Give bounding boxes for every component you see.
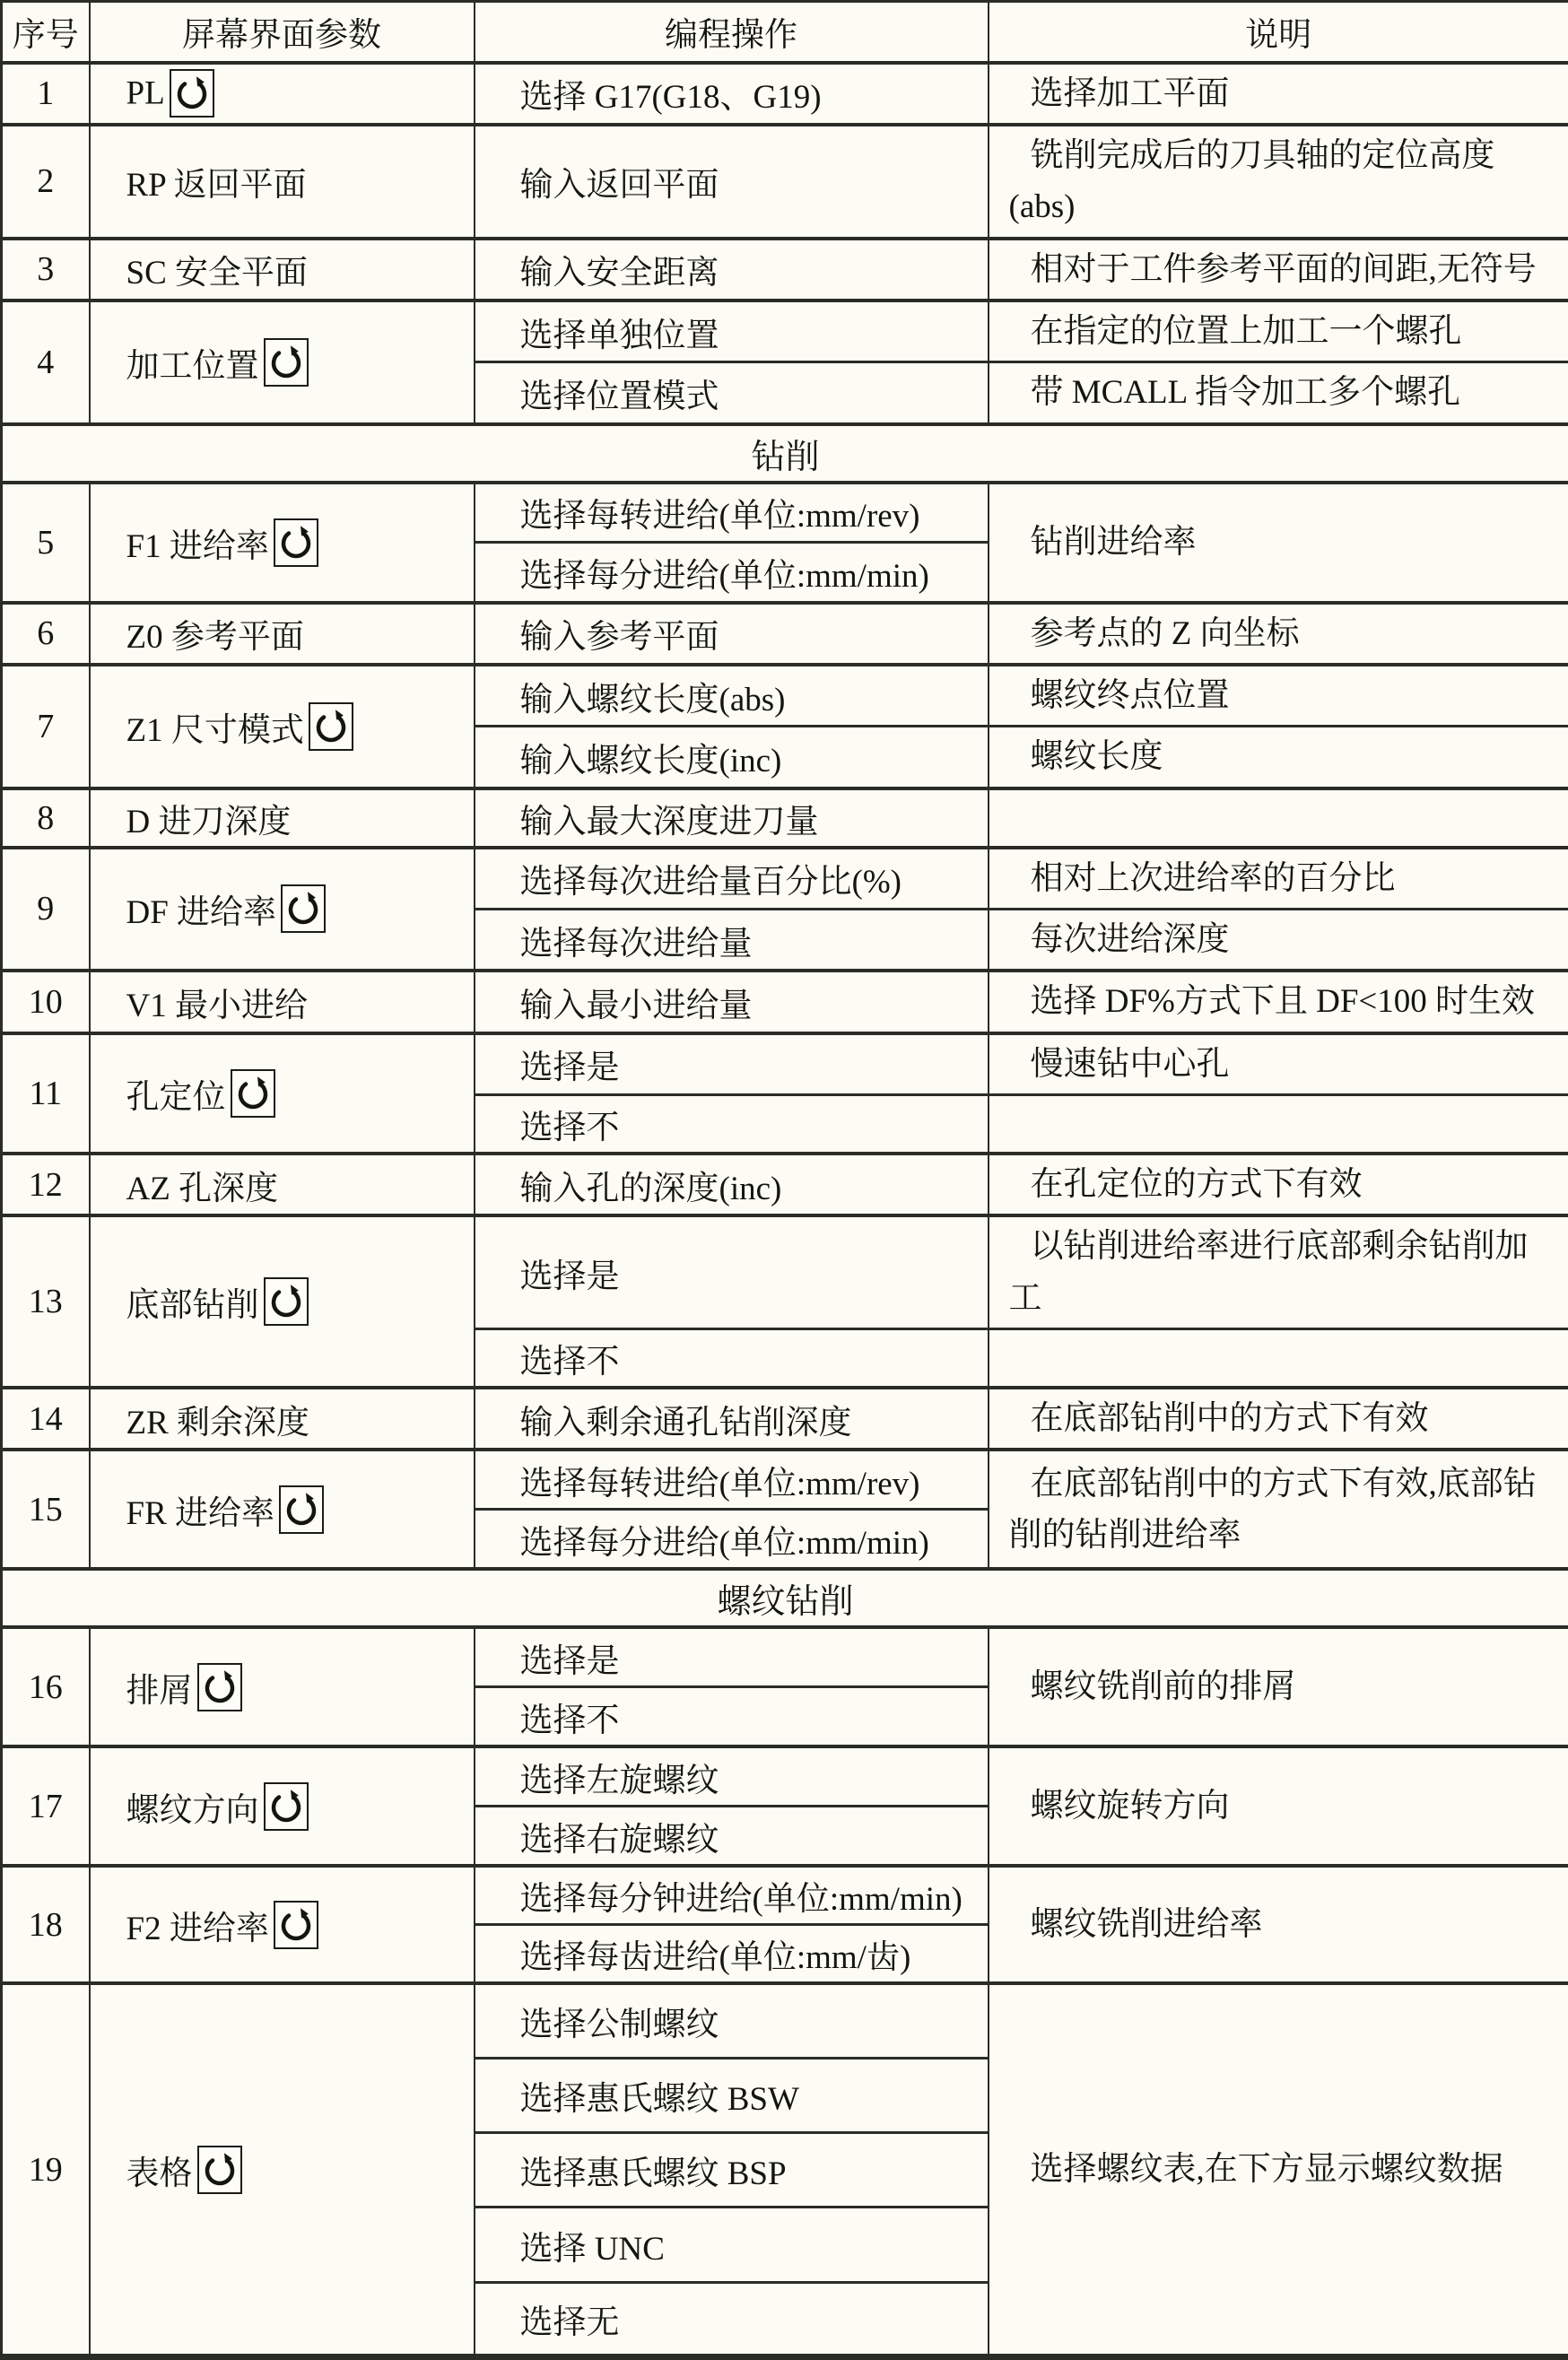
description-cell: [989, 788, 1568, 848]
description-cell: 带 MCALL 指令加工多个螺孔: [989, 362, 1568, 424]
operation-cell: 选择无: [475, 2282, 989, 2356]
param-cell: F1 进给率: [90, 483, 475, 603]
description-cell: 相对上次进给率的百分比: [989, 848, 1568, 910]
row-number: 13: [2, 1215, 90, 1388]
param-cell: F2 进给率: [90, 1866, 475, 1983]
param-label: D 进刀深度: [126, 804, 292, 840]
select-toggle-icon: [197, 1663, 242, 1711]
select-toggle-icon: [279, 1485, 324, 1534]
row-number: 7: [2, 665, 90, 788]
description-cell: 螺纹长度: [989, 727, 1568, 788]
param-cell: 加工位置: [90, 300, 475, 424]
param-label: F2 进给率: [126, 1911, 269, 1947]
section-header: 钻削: [2, 424, 1568, 483]
param-label: F1 进给率: [126, 528, 269, 565]
row-number: 2: [2, 125, 90, 239]
row-number: 19: [2, 1983, 90, 2356]
description-cell: 螺纹终点位置: [989, 665, 1568, 727]
description-cell: 慢速钻中心孔: [989, 1033, 1568, 1095]
operation-cell: 输入最小进给量: [475, 971, 989, 1032]
description-cell: 选择加工平面: [989, 63, 1568, 125]
param-label: V1 最小进给: [126, 988, 308, 1024]
operation-cell: 选择惠氏螺纹 BSP: [475, 2133, 989, 2208]
select-toggle-icon: [274, 1901, 318, 1949]
param-cell: Z1 尺寸模式: [90, 665, 475, 788]
row-number: 15: [2, 1450, 90, 1569]
description-cell: 参考点的 Z 向坐标: [989, 603, 1568, 665]
param-cell: RP 返回平面: [90, 125, 475, 239]
row-number: 14: [2, 1388, 90, 1450]
description-cell: 在孔定位的方式下有效: [989, 1154, 1568, 1215]
document-page: 序号屏幕界面参数编程操作说明1PL选择 G17(G18、G19)选择加工平面2R…: [0, 0, 1568, 2216]
param-label: ZR 剩余深度: [126, 1405, 310, 1441]
param-cell: PL: [90, 63, 475, 125]
operation-cell: 输入螺纹长度(inc): [475, 727, 989, 788]
row-number: 5: [2, 483, 90, 603]
param-cell: ZR 剩余深度: [90, 1388, 475, 1450]
row-number: 1: [2, 63, 90, 125]
select-toggle-icon: [264, 1277, 309, 1326]
operation-cell: 选择每齿进给(单位:mm/齿): [475, 1925, 989, 1984]
description-cell: 在底部钻削中的方式下有效: [989, 1388, 1568, 1450]
param-cell: V1 最小进给: [90, 971, 475, 1032]
operation-cell: 输入返回平面: [475, 125, 989, 239]
row-number: 18: [2, 1866, 90, 1983]
operation-cell: 选择每转进给(单位:mm/rev): [475, 1450, 989, 1510]
description-cell: [989, 1329, 1568, 1389]
row-number: 8: [2, 788, 90, 848]
col-header-description: 说明: [989, 2, 1568, 63]
description-cell: 钻削进给率: [989, 483, 1568, 603]
operation-cell: 选择单独位置: [475, 300, 989, 362]
description-cell: 螺纹旋转方向: [989, 1746, 1568, 1866]
operation-cell: 选择 UNC: [475, 2208, 989, 2282]
param-label: Z0 参考平面: [126, 619, 304, 656]
operation-cell: 选择公制螺纹: [475, 1983, 989, 2058]
row-number: 16: [2, 1627, 90, 1746]
param-label: 孔定位: [126, 1079, 226, 1116]
select-toggle-icon: [264, 1782, 309, 1831]
operation-cell: 选择是: [475, 1033, 989, 1095]
operation-cell: 选择每次进给量百分比(%): [475, 848, 989, 910]
param-label: RP 返回平面: [126, 167, 307, 204]
operation-cell: 选择惠氏螺纹 BSW: [475, 2059, 989, 2133]
operation-cell: 输入参考平面: [475, 603, 989, 665]
description-cell: 相对于工件参考平面的间距,无符号: [989, 239, 1568, 300]
description-cell: 在指定的位置上加工一个螺孔: [989, 300, 1568, 362]
param-label: 排屑: [126, 1673, 193, 1710]
select-toggle-icon: [231, 1069, 275, 1118]
row-number: 3: [2, 239, 90, 300]
operation-cell: 选择每分进给(单位:mm/min): [475, 1510, 989, 1570]
param-label: DF 进给率: [126, 894, 277, 931]
param-label: 底部钻削: [126, 1287, 259, 1324]
description-cell: 选择螺纹表,在下方显示螺纹数据: [989, 1983, 1568, 2356]
row-number: 4: [2, 300, 90, 424]
param-cell: FR 进给率: [90, 1450, 475, 1569]
select-toggle-icon: [309, 702, 353, 751]
description-cell: 在底部钻削中的方式下有效,底部钻削的钻削进给率: [989, 1450, 1568, 1569]
row-number: 17: [2, 1746, 90, 1866]
select-toggle-icon: [170, 69, 214, 118]
operation-cell: 输入最大深度进刀量: [475, 788, 989, 848]
param-cell: 底部钻削: [90, 1215, 475, 1388]
operation-cell: 选择是: [475, 1627, 989, 1687]
description-cell: 螺纹铣削进给率: [989, 1866, 1568, 1983]
operation-cell: 选择每分钟进给(单位:mm/min): [475, 1866, 989, 1925]
description-cell: [989, 1094, 1568, 1154]
param-label: 螺纹方向: [126, 1792, 259, 1829]
row-number: 10: [2, 971, 90, 1032]
operation-cell: 选择不: [475, 1687, 989, 1747]
operation-cell: 输入剩余通孔钻削深度: [475, 1388, 989, 1450]
col-header-param: 屏幕界面参数: [90, 2, 475, 63]
param-cell: D 进刀深度: [90, 788, 475, 848]
param-label: SC 安全平面: [126, 255, 309, 292]
operation-cell: 选择位置模式: [475, 362, 989, 424]
param-cell: SC 安全平面: [90, 239, 475, 300]
operation-cell: 选择不: [475, 1329, 989, 1389]
description-cell: 选择 DF%方式下且 DF<100 时生效: [989, 971, 1568, 1032]
param-label: Z1 尺寸模式: [126, 712, 304, 749]
param-cell: Z0 参考平面: [90, 603, 475, 665]
col-header-operation: 编程操作: [475, 2, 989, 63]
select-toggle-icon: [264, 338, 309, 387]
param-cell: 螺纹方向: [90, 1746, 475, 1866]
operation-cell: 选择每次进给量: [475, 909, 989, 971]
select-toggle-icon: [197, 2146, 242, 2194]
operation-cell: 输入安全距离: [475, 239, 989, 300]
operation-cell: 选择右旋螺纹: [475, 1807, 989, 1867]
row-number: 9: [2, 848, 90, 971]
description-cell: 每次进给深度: [989, 909, 1568, 971]
select-toggle-icon: [281, 884, 326, 933]
param-label: AZ 孔深度: [126, 1171, 279, 1207]
param-cell: 孔定位: [90, 1033, 475, 1154]
row-number: 6: [2, 603, 90, 665]
description-cell: 铣削完成后的刀具轴的定位高度(abs): [989, 125, 1568, 239]
param-label: 加工位置: [126, 348, 259, 385]
col-header-index: 序号: [2, 2, 90, 63]
operation-cell: 输入孔的深度(inc): [475, 1154, 989, 1215]
param-label: PL: [126, 75, 165, 112]
parameter-table: 序号屏幕界面参数编程操作说明1PL选择 G17(G18、G19)选择加工平面2R…: [0, 0, 1568, 2360]
operation-cell: 选择左旋螺纹: [475, 1746, 989, 1807]
operation-cell: 选择是: [475, 1215, 989, 1328]
row-number: 11: [2, 1033, 90, 1154]
param-cell: 排屑: [90, 1627, 475, 1746]
description-cell: 以钻削进给率进行底部剩余钻削加工: [989, 1215, 1568, 1328]
row-number: 12: [2, 1154, 90, 1215]
section-header: 螺纹钻削: [2, 1569, 1568, 1627]
param-label: 表格: [126, 2155, 193, 2192]
param-cell: 表格: [90, 1983, 475, 2356]
operation-cell: 选择不: [475, 1094, 989, 1154]
param-label: FR 进给率: [126, 1495, 275, 1532]
description-cell: 螺纹铣削前的排屑: [989, 1627, 1568, 1746]
operation-cell: 选择每转进给(单位:mm/rev): [475, 483, 989, 543]
select-toggle-icon: [274, 518, 318, 567]
param-cell: DF 进给率: [90, 848, 475, 971]
operation-cell: 输入螺纹长度(abs): [475, 665, 989, 727]
operation-cell: 选择 G17(G18、G19): [475, 63, 989, 125]
operation-cell: 选择每分进给(单位:mm/min): [475, 543, 989, 603]
param-cell: AZ 孔深度: [90, 1154, 475, 1215]
